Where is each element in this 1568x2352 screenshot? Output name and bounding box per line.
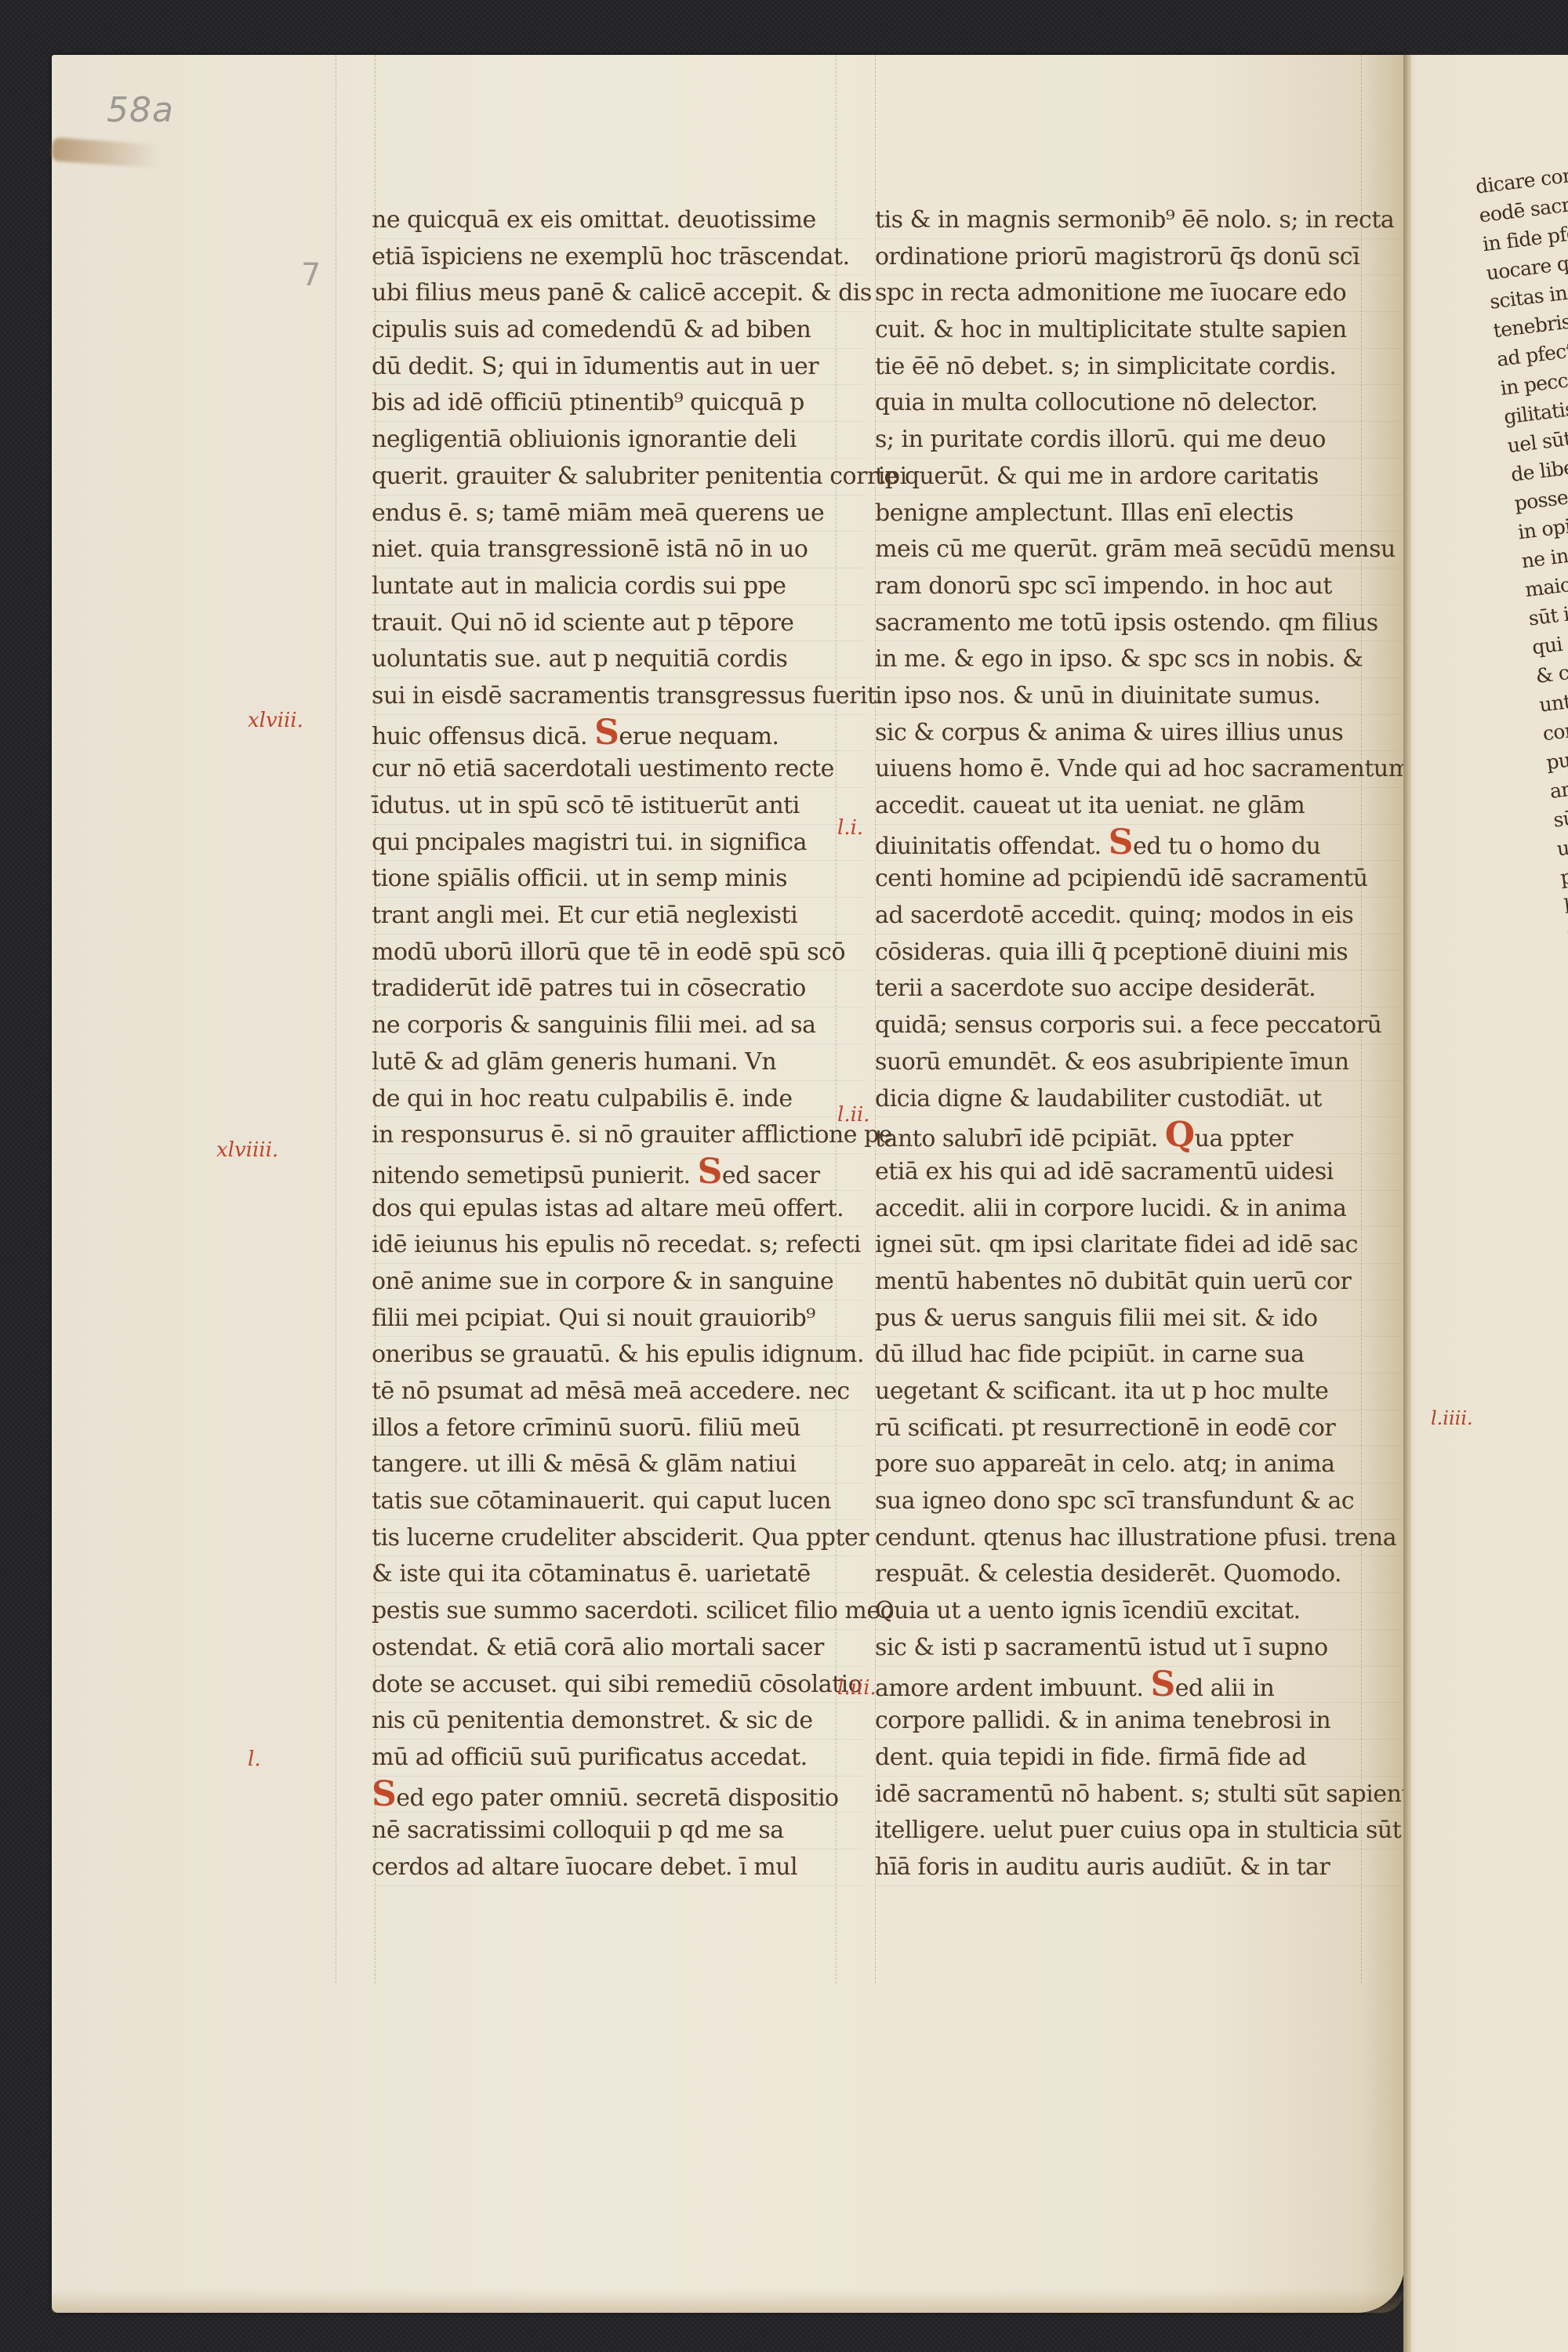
right-text-column: tis & in magnis sermonib⁹ ēē nolo. s; in… — [875, 202, 1408, 1886]
text-line: trant angli mei. Et cur etiā neglexisti — [372, 898, 866, 935]
text-line: tē nō psumat ad mēsā meā accedere. nec — [372, 1374, 866, 1410]
text-line: oneribus se grauatū. & his epulis idignu… — [372, 1337, 866, 1374]
chapter-number-rubric: xlviii. — [248, 709, 303, 732]
text-line: idē sacramentū nō habent. s; stulti sūt … — [875, 1777, 1408, 1813]
text-line: nitendo semetipsū punierit. Sed sacer — [372, 1154, 866, 1191]
text-line: querit. grauiter & salubriter penitentia… — [372, 459, 866, 495]
text-line: ne corporis & sanguinis filii mei. ad sa — [372, 1007, 866, 1044]
text-line: idē ieiunus his epulis nō recedat. s; re… — [372, 1227, 866, 1264]
text-line: modū uborū illorū que tē in eodē spū scō — [372, 935, 866, 971]
text-line: dū illud hac fide pcipiūt. in carne sua — [875, 1337, 1408, 1374]
text-line: amore ardent imbuunt. Sed alii in — [875, 1667, 1408, 1704]
text-line-content: huic offensus dicā. Serue nequam. — [372, 723, 779, 750]
text-line: nis cū penitentia demonstret. & sic de — [372, 1703, 866, 1740]
facing-page-edge: l.iiii. dicare cordis sui peodē sacramen… — [1403, 55, 1568, 2352]
chapter-number-rubric: l.i. — [837, 816, 863, 840]
text-line: Quia ut a uento ignis īcendiū excitat. — [875, 1593, 1408, 1630]
text-line: tanto salubrī idē pcipiāt. Qua ppter — [875, 1117, 1408, 1154]
text-line: ignei sūt. qm ipsi claritate fidei ad id… — [875, 1227, 1408, 1264]
text-line: uiuens homo ē. Vnde qui ad hoc sacrament… — [875, 751, 1408, 788]
text-line: ostendat. & etiā corā alio mortali sacer — [372, 1630, 866, 1667]
gutter-fold — [1403, 55, 1411, 2352]
text-line: ordinatione priorū magistrorū q̄s donū s… — [875, 239, 1408, 276]
text-line: in ipso nos. & unū in diuinitate sumus. — [875, 678, 1408, 715]
text-line: quia in multa collocutione nō delector. — [875, 385, 1408, 422]
text-line: ne quicquā ex eis omittat. deuotissime — [372, 202, 866, 239]
text-line: huic offensus dicā. Serue nequam. — [372, 715, 866, 752]
text-line: tatis sue cōtaminauerit. qui caput lucen — [372, 1483, 866, 1520]
text-line: hīā foris in auditu auris audiūt. & in t… — [875, 1849, 1408, 1886]
text-line: te querūt. & qui me in ardore caritatis — [875, 459, 1408, 495]
text-line: sui in eisdē sacramentis transgressus fu… — [372, 678, 866, 715]
text-line: sic & corpus & anima & uires illius unus — [875, 715, 1408, 752]
text-line: tis lucerne crudeliter absciderit. Qua p… — [372, 1520, 866, 1557]
text-line: cur nō etiā sacerdotali uestimento recte — [372, 751, 866, 788]
text-line: niet. quia transgressionē istā nō in uo — [372, 532, 866, 568]
text-line: bis ad idē officiū ptinentib⁹ quicquā p — [372, 385, 866, 422]
text-line: benigne amplectunt. Illas enī electis — [875, 495, 1408, 532]
text-line: in me. & ego in ipso. & spc scs in nobis… — [875, 641, 1408, 678]
text-line: ad sacerdotē accedit. quinq; modos in ei… — [875, 898, 1408, 935]
binding-stain — [51, 137, 162, 169]
text-line: pus & uerus sanguis filii mei sit. & ido — [875, 1301, 1408, 1338]
text-line: respuāt. & celestia desiderēt. Quomodo. — [875, 1556, 1408, 1593]
text-line: qui pncipales magistri tui. in significa — [372, 825, 866, 862]
text-line-content: amore ardent imbuunt. Sed alii in — [875, 1675, 1274, 1702]
text-line-content: tanto salubrī idē pcipiāt. Qua ppter — [875, 1125, 1293, 1152]
rubricated-initial: S — [698, 1152, 722, 1192]
text-line: tione spiālis officii. ut in semp minis — [372, 861, 866, 898]
text-line: tie ēē nō debet. s; in simplicitate cord… — [875, 349, 1408, 386]
text-line: accedit. caueat ut ita ueniat. ne glām — [875, 788, 1408, 825]
ruling-line — [336, 55, 336, 1984]
rubricated-initial: Q — [1165, 1115, 1195, 1155]
manuscript-folio: 58a 7 ne quicquā ex eis omittat. deuotis… — [52, 55, 1404, 2313]
left-text-column: ne quicquā ex eis omittat. deuotissimeet… — [372, 202, 866, 1886]
text-line: dote se accuset. qui sibi remediū cōsola… — [372, 1667, 866, 1704]
text-line: accedit. alii in corpore lucidi. & in an… — [875, 1191, 1408, 1228]
text-line: mū ad officiū suū purificatus accedat. — [372, 1740, 866, 1777]
rubricated-initial: S — [372, 1774, 396, 1814]
text-line: pestis sue summo sacerdoti. scilicet fil… — [372, 1593, 866, 1630]
text-line: Sed ego pater omniū. secretā dispositio — [372, 1777, 866, 1813]
text-line: s; in puritate cordis illorū. qui me deu… — [875, 422, 1408, 459]
text-line: meis cū me querūt. grām meā secūdū mensu — [875, 532, 1408, 568]
text-line: uegetant & scificant. ita ut p hoc multe — [875, 1374, 1408, 1410]
text-line: de qui in hoc reatu culpabilis ē. inde — [372, 1081, 866, 1118]
chapter-number-rubric: xlviiii. — [216, 1138, 278, 1162]
text-line: nē sacratissimi colloquii p qd me sa — [372, 1813, 866, 1849]
text-line: etiā īspiciens ne exemplū hoc trāscendat… — [372, 239, 866, 276]
text-line: in responsurus ē. si nō grauiter afflict… — [372, 1117, 866, 1154]
text-line-content: nitendo semetipsū punierit. Sed sacer — [372, 1162, 820, 1189]
text-line: etiā ex his qui ad idē sacramentū uidesi — [875, 1154, 1408, 1191]
chapter-number-rubric: l. — [248, 1748, 261, 1771]
text-line: pore suo appareāt in celo. atq; in anima — [875, 1446, 1408, 1483]
text-line: cōsideras. quia illi q̄ pceptionē diuini… — [875, 935, 1408, 971]
text-line: uoluntatis sue. aut p nequitiā cordis — [372, 641, 866, 678]
text-line: tis & in magnis sermonib⁹ ēē nolo. s; in… — [875, 202, 1408, 239]
text-line: terii a sacerdote suo accipe desiderāt. — [875, 971, 1408, 1007]
text-line: centi homine ad pcipiendū idē sacramentū — [875, 861, 1408, 898]
text-line: tradiderūt idē patres tui in cōsecratio — [372, 971, 866, 1007]
text-line: filii mei pcipiat. Qui si nouit grauiori… — [372, 1301, 866, 1338]
text-line: sic & isti p sacramentū istud ut ī supno — [875, 1630, 1408, 1667]
text-line: cendunt. qtenus hac illustratione pfusi.… — [875, 1520, 1408, 1557]
rubricated-initial: S — [1109, 822, 1133, 862]
text-line: trauit. Qui nō id sciente aut p tēpore — [372, 605, 866, 642]
text-line: suorū emundēt. & eos asubripiente īmun — [875, 1044, 1408, 1081]
text-line: cuit. & hoc in multiplicitate stulte sap… — [875, 312, 1408, 349]
text-line: diuinitatis offendat. Sed tu o homo du — [875, 825, 1408, 862]
text-line: negligentiā obliuionis ignorantie deli — [372, 422, 866, 459]
text-line: cerdos ad altare īuocare debet. ī mul — [372, 1849, 866, 1886]
chapter-number-rubric: l.ii. — [837, 1103, 869, 1127]
text-line: sua igneo dono spc scī transfundunt & ac — [875, 1483, 1408, 1520]
rubricated-initial: S — [1150, 1664, 1174, 1704]
text-line: corpore pallidi. & in anima tenebrosi in — [875, 1703, 1408, 1740]
text-line: illos a fetore crīminū suorū. filiū meū — [372, 1410, 866, 1447]
text-line: quidā; sensus corporis sui. a fece pecca… — [875, 1007, 1408, 1044]
text-line: onē anime sue in corpore & in sanguine — [372, 1264, 866, 1301]
text-line: īdutus. ut in spū scō tē istituerūt anti — [372, 788, 866, 825]
folio-number: 58a — [107, 90, 174, 130]
text-line-content: diuinitatis offendat. Sed tu o homo du — [875, 833, 1320, 860]
text-line: sacramento me totū ipsis ostendo. qm fil… — [875, 605, 1408, 642]
text-line: dent. quia tepidi in fide. firmā fide ad — [875, 1740, 1408, 1777]
text-line: tangere. ut illi & mēsā & glām natiui — [372, 1446, 866, 1483]
text-line: cipulis suis ad comedendū & ad biben — [372, 312, 866, 349]
marginal-rubric: l.iiii. — [1431, 1407, 1473, 1429]
facing-page-text: dicare cordis sui peodē sacramento diin … — [1474, 143, 1568, 1497]
text-line: & iste qui ita cōtaminatus ē. uarietatē — [372, 1556, 866, 1593]
text-line: rū scificati. pt resurrectionē in eodē c… — [875, 1410, 1408, 1447]
text-line: dicia digne & laudabiliter custodiāt. ut — [875, 1081, 1408, 1118]
text-line: dos qui epulas istas ad altare meū offer… — [372, 1191, 866, 1228]
text-line: endus ē. s; tamē miām meā querens ue — [372, 495, 866, 532]
text-line: luntate aut in malicia cordis sui ppe — [372, 568, 866, 605]
text-line: ubi filius meus panē & calicē accepit. &… — [372, 275, 866, 312]
chapter-number-rubric: l.iii. — [837, 1676, 877, 1700]
pencil-mark: 7 — [301, 257, 321, 293]
text-line: itelligere. uelut puer cuius opa in stul… — [875, 1813, 1408, 1849]
text-line-content: Sed ego pater omniū. secretā dispositio — [372, 1784, 839, 1812]
text-line: lutē & ad glām generis humani. Vn — [372, 1044, 866, 1081]
text-line: mentū habentes nō dubitāt quin uerū cor — [875, 1264, 1408, 1301]
text-line: dū dedit. S; qui in īdumentis aut in uer — [372, 349, 866, 386]
text-line: spc in recta admonitione me īuocare edo — [875, 275, 1408, 312]
text-line: ram donorū spc scī impendo. in hoc aut — [875, 568, 1408, 605]
rubricated-initial: S — [594, 713, 619, 753]
